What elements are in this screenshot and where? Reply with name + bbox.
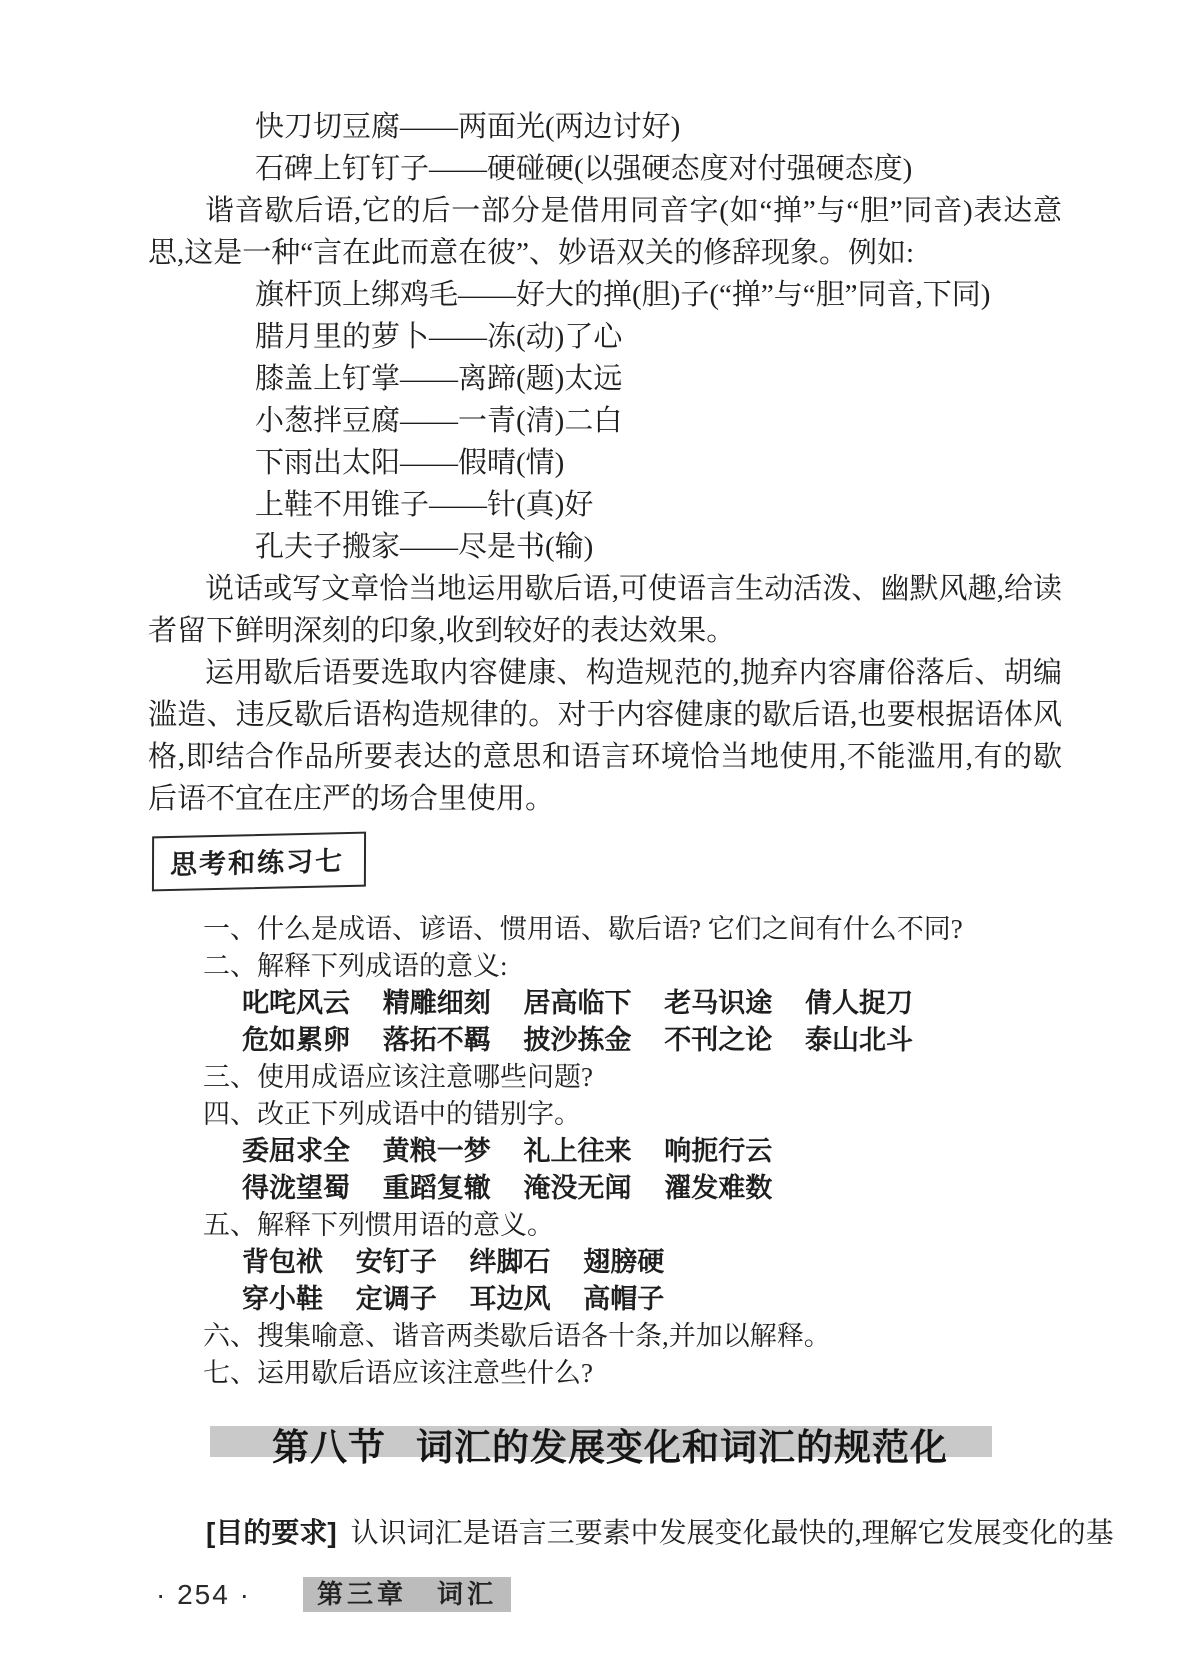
idiom-item: 不刊之论 <box>664 1025 772 1055</box>
idiom-item: 响扼行云 <box>664 1136 772 1166</box>
idiom-item: 黄粮一梦 <box>383 1136 491 1166</box>
idiom-item: 定调子 <box>356 1284 437 1314</box>
exercise-list: 一、什么是成语、谚语、惯用语、歇后语? 它们之间有什么不同? 二、解释下列成语的… <box>148 911 1062 1392</box>
exercise-question-5: 五、解释下列惯用语的意义。 <box>203 1207 1062 1244</box>
idiom-item: 淹没无闻 <box>524 1173 632 1203</box>
practice-box: 思考和练习七 <box>152 832 366 892</box>
section-title-text: 词汇的发展变化和词汇的规范化 <box>416 1427 948 1468</box>
idiom-item: 安钉子 <box>356 1247 437 1277</box>
paragraph-usage-effect: 说话或写文章恰当地运用歇后语,可使语言生动活泼、幽默风趣,给读者留下鲜明深刻的印… <box>148 568 1062 652</box>
idiom-item: 得泷望蜀 <box>242 1173 350 1203</box>
section-header: 第八节词汇的发展变化和词汇的规范化 <box>148 1422 1062 1480</box>
xiehouyu-example: 快刀切豆腐——两面光(两边讨好) <box>148 106 1062 148</box>
xiehouyu-example: 腊月里的萝卜——冻(动)了心 <box>148 316 1062 358</box>
aim-paragraph: [目的要求]认识词汇是语言三要素中发展变化最快的,理解它发展变化的基 <box>148 1512 1062 1555</box>
xiehouyu-example: 旗杆顶上绑鸡毛——好大的掸(胆)子(“掸”与“胆”同音,下同) <box>148 274 1062 316</box>
idiom-item: 居高临下 <box>524 988 632 1018</box>
chapter-badge: 第三章 词汇 <box>303 1577 511 1612</box>
idiom-item: 穿小鞋 <box>242 1284 323 1314</box>
exercise-question-7: 七、运用歇后语应该注意些什么? <box>203 1355 1062 1392</box>
xiehouyu-example: 石碑上钉钉子——硬碰硬(以强硬态度对付强硬态度) <box>148 148 1062 190</box>
practice-box-title: 思考和练习七 <box>170 846 344 880</box>
exercise-question-1: 一、什么是成语、谚语、惯用语、歇后语? 它们之间有什么不同? <box>203 911 1062 948</box>
idiom-item: 泰山北斗 <box>805 1025 913 1055</box>
idiom-item: 落拓不羁 <box>383 1025 491 1055</box>
xiehouyu-example: 小葱拌豆腐——一青(清)二白 <box>148 400 1062 442</box>
idiom-item: 耳边风 <box>470 1284 551 1314</box>
exercise-question-4: 四、改正下列成语中的错别字。 <box>203 1096 1062 1133</box>
idiom-item: 背包袱 <box>242 1247 323 1277</box>
page-footer: · 254 · 第三章 词汇 <box>148 1577 1062 1612</box>
idiom-item: 倩人捉刀 <box>805 988 913 1018</box>
book-page: 快刀切豆腐——两面光(两边讨好) 石碑上钉钉子——硬碰硬(以强硬态度对付强硬态度… <box>0 0 1200 1669</box>
idiom-item: 重蹈复辙 <box>383 1173 491 1203</box>
section-number: 第八节 <box>272 1427 386 1468</box>
exercise-question-3: 三、使用成语应该注意哪些问题? <box>203 1059 1062 1096</box>
idiom-row: 穿小鞋 定调子 耳边风 高帽子 <box>203 1281 1062 1318</box>
idiom-item: 礼上往来 <box>524 1136 632 1166</box>
xiehouyu-example: 上鞋不用锥子——针(真)好 <box>148 484 1062 526</box>
idiom-item: 濯发难数 <box>664 1173 772 1203</box>
idiom-item: 委屈求全 <box>242 1136 350 1166</box>
idiom-row: 得泷望蜀 重蹈复辙 淹没无闻 濯发难数 <box>203 1170 1062 1207</box>
idiom-item: 精雕细刻 <box>383 988 491 1018</box>
aim-text: 认识词汇是语言三要素中发展变化最快的,理解它发展变化的基 <box>351 1518 1114 1549</box>
page-content: 快刀切豆腐——两面光(两边讨好) 石碑上钉钉子——硬碰硬(以强硬态度对付强硬态度… <box>0 0 1200 1612</box>
xiehouyu-example: 孔夫子搬家——尽是书(输) <box>148 526 1062 568</box>
idiom-row: 背包袱 安钉子 绊脚石 翅膀硬 <box>203 1244 1062 1281</box>
paragraph-usage-advice: 运用歇后语要选取内容健康、构造规范的,抛弃内容庸俗落后、胡编滥造、违反歇后语构造… <box>148 652 1062 820</box>
exercise-question-6: 六、搜集喻意、谐音两类歇后语各十条,并加以解释。 <box>203 1318 1062 1355</box>
aim-label: [目的要求] <box>206 1517 337 1548</box>
idiom-item: 老马识途 <box>664 988 772 1018</box>
idiom-item: 高帽子 <box>583 1284 664 1314</box>
xiehouyu-example: 膝盖上钉掌——离蹄(题)太远 <box>148 358 1062 400</box>
xiehouyu-example: 下雨出太阳——假晴(情) <box>148 442 1062 484</box>
idiom-item: 危如累卵 <box>242 1025 350 1055</box>
idiom-row: 危如累卵 落拓不羁 披沙拣金 不刊之论 泰山北斗 <box>203 1022 1062 1059</box>
idiom-item: 翅膀硬 <box>583 1247 664 1277</box>
idiom-row: 委屈求全 黄粮一梦 礼上往来 响扼行云 <box>203 1133 1062 1170</box>
idiom-row: 叱咤风云 精雕细刻 居高临下 老马识途 倩人捉刀 <box>203 985 1062 1022</box>
paragraph-homophone-intro: 谐音歇后语,它的后一部分是借用同音字(如“掸”与“胆”同音)表达意思,这是一种“… <box>148 190 1062 274</box>
idiom-item: 披沙拣金 <box>524 1025 632 1055</box>
page-number: · 254 · <box>156 1579 251 1611</box>
idiom-item: 绊脚石 <box>470 1247 551 1277</box>
section-title: 第八节词汇的发展变化和词汇的规范化 <box>148 1422 1062 1474</box>
exercise-question-2: 二、解释下列成语的意义: <box>203 948 1062 985</box>
idiom-item: 叱咤风云 <box>242 988 350 1018</box>
